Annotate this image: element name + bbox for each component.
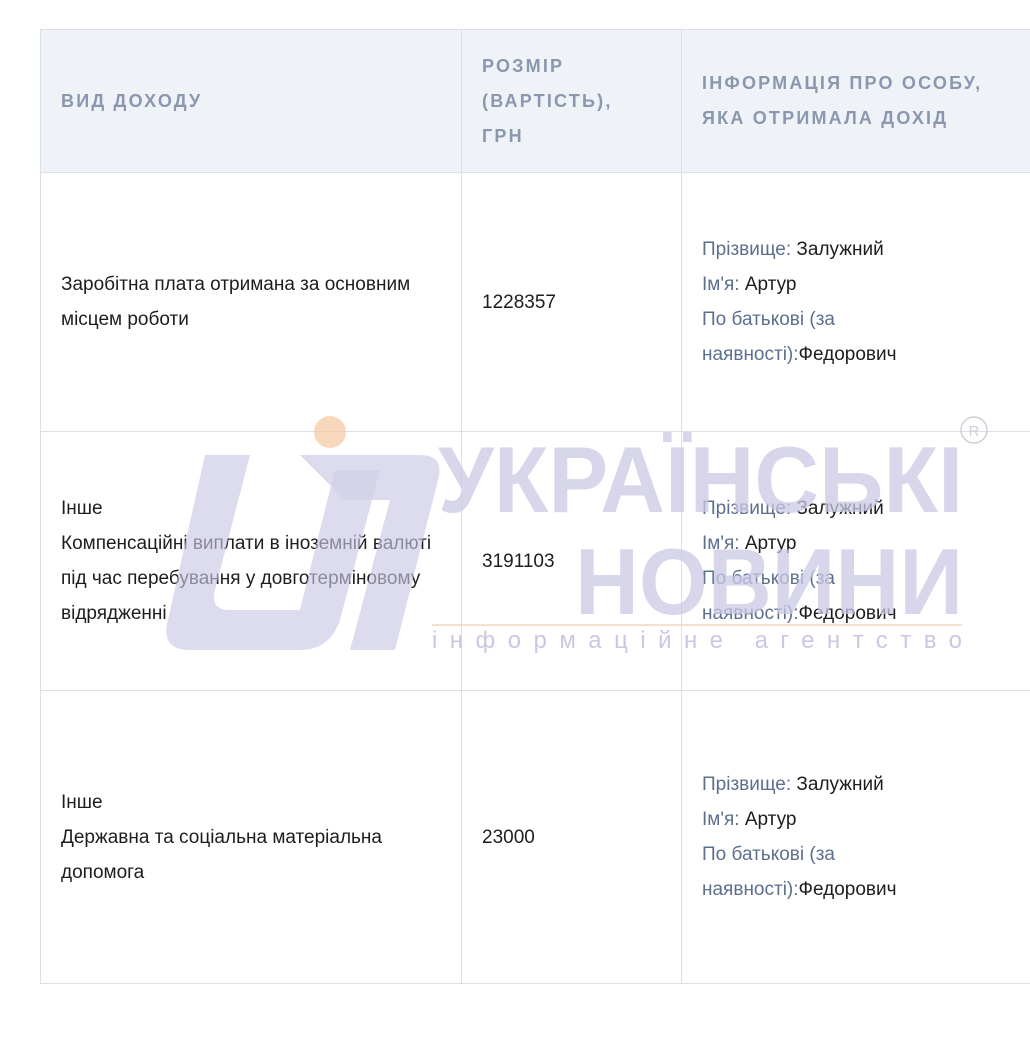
person-cell: Прізвище: Залужний Ім'я: Артур По батько… xyxy=(682,432,1030,691)
name-value: Артур xyxy=(745,809,797,830)
name-line: Ім'я: Артур xyxy=(702,526,1020,561)
income-type-cell: Інше Компенсаційні виплати в іноземній в… xyxy=(41,432,462,691)
surname-line: Прізвище: Залужний xyxy=(702,232,1020,267)
surname-line: Прізвище: Залужний xyxy=(702,767,1020,802)
income-category: Інше xyxy=(61,785,441,820)
income-type-cell: Заробітна плата отримана за основним міс… xyxy=(41,173,462,432)
income-table-container: Вид доходу Розмір (вартість), грн Інформ… xyxy=(40,29,1030,984)
surname-value: Залужний xyxy=(796,774,883,795)
patronymic-value: Федорович xyxy=(799,344,897,365)
amount-cell: 3191103 xyxy=(462,432,682,691)
header-amount: Розмір (вартість), грн xyxy=(462,30,682,173)
table-row: Заробітна плата отримана за основним міс… xyxy=(41,173,1030,432)
name-line: Ім'я: Артур xyxy=(702,267,1020,302)
person-cell: Прізвище: Залужний Ім'я: Артур По батько… xyxy=(682,173,1030,432)
surname-value: Залужний xyxy=(796,498,883,519)
patronymic-line: По батькові (за наявності):Федорович xyxy=(702,837,1020,907)
surname-label: Прізвище: xyxy=(702,498,791,519)
name-label: Ім'я: xyxy=(702,274,740,295)
table-row: Інше Державна та соціальна матеріальна д… xyxy=(41,691,1030,984)
surname-label: Прізвище: xyxy=(702,239,791,260)
person-cell: Прізвище: Залужний Ім'я: Артур По батько… xyxy=(682,691,1030,984)
header-person-info: Інформація про особу, яка отримала дохід xyxy=(682,30,1030,173)
income-table: Вид доходу Розмір (вартість), грн Інформ… xyxy=(40,29,1030,984)
surname-line: Прізвище: Залужний xyxy=(702,491,1020,526)
header-income-type: Вид доходу xyxy=(41,30,462,173)
name-label: Ім'я: xyxy=(702,809,740,830)
amount-cell: 23000 xyxy=(462,691,682,984)
patronymic-line: По батькові (за наявності):Федорович xyxy=(702,302,1020,372)
name-label: Ім'я: xyxy=(702,533,740,554)
name-value: Артур xyxy=(745,274,797,295)
name-value: Артур xyxy=(745,533,797,554)
amount-cell: 1228357 xyxy=(462,173,682,432)
patronymic-value: Федорович xyxy=(799,603,897,624)
table-header-row: Вид доходу Розмір (вартість), грн Інформ… xyxy=(41,30,1030,173)
income-type-cell: Інше Державна та соціальна матеріальна д… xyxy=(41,691,462,984)
income-type-text: Компенсаційні виплати в іноземній валюті… xyxy=(61,526,441,631)
patronymic-value: Федорович xyxy=(799,879,897,900)
income-category: Інше xyxy=(61,491,441,526)
income-type-text: Державна та соціальна матеріальна допомо… xyxy=(61,820,441,890)
name-line: Ім'я: Артур xyxy=(702,802,1020,837)
surname-value: Залужний xyxy=(796,239,883,260)
surname-label: Прізвище: xyxy=(702,774,791,795)
table-row: Інше Компенсаційні виплати в іноземній в… xyxy=(41,432,1030,691)
income-type-text: Заробітна плата отримана за основним міс… xyxy=(61,267,441,337)
patronymic-line: По батькові (за наявності):Федорович xyxy=(702,561,1020,631)
